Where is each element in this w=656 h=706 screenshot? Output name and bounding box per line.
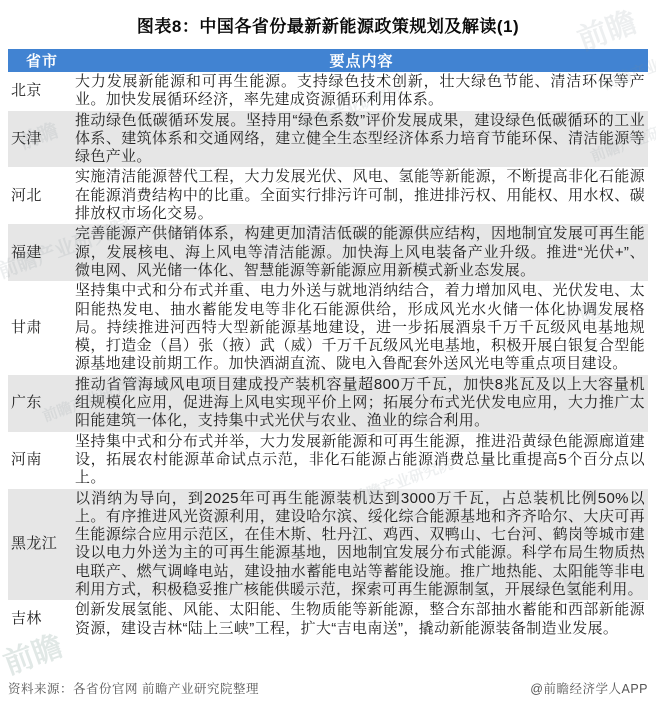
policy-table: 省市 要点内容 北京 大力发展新能源和可再生能源。支持绿色技术创新，壮大绿色节能… bbox=[8, 49, 648, 639]
table-header-row: 省市 要点内容 bbox=[8, 49, 648, 72]
table-row: 天津 推动绿色低碳循环发展。坚持用“绿色系数”评价发展成果，建设绿色低碳循环的工… bbox=[8, 111, 648, 168]
content-cell: 推动省管海域风电项目建成投产装机容量超800万千瓦，加快8兆瓦及以上大容量机组规… bbox=[75, 375, 648, 432]
table-row: 吉林 创新发展氢能、风能、太阳能、生物质能等新能源，整合东部抽水蓄能和西部新能源… bbox=[8, 600, 648, 639]
content-cell: 完善能源产供储销体系，构建更加清洁低碳的能源供应结构，因地制宜发展可再生能源，发… bbox=[75, 224, 648, 281]
province-cell: 福建 bbox=[8, 224, 75, 281]
province-cell: 吉林 bbox=[8, 600, 75, 639]
table-row: 广东 推动省管海域风电项目建成投产装机容量超800万千瓦，加快8兆瓦及以上大容量… bbox=[8, 375, 648, 432]
province-cell: 黑龙江 bbox=[8, 489, 75, 601]
content-cell: 以消纳为导向，到2025年可再生能源装机达到3000万千瓦，占总装机比例50%以… bbox=[75, 489, 648, 601]
header-cell-content: 要点内容 bbox=[75, 49, 648, 72]
table-row: 甘肃 坚持集中式和分布式并重、电力外送与就地消纳结合，着力增加风电、光伏发电、太… bbox=[8, 281, 648, 374]
content-cell: 推动绿色低碳循环发展。坚持用“绿色系数”评价发展成果，建设绿色低碳循环的工业体系… bbox=[75, 111, 648, 168]
figure-footer: 资料来源：各省份官网 前瞻产业研究院整理 @前瞻经济学人APP bbox=[8, 679, 648, 697]
province-cell: 北京 bbox=[8, 72, 75, 111]
credit-note: @前瞻经济学人APP bbox=[530, 679, 648, 697]
report-figure-page: { "chart_data": { "type": "table", "titl… bbox=[0, 0, 656, 706]
table-row: 河北 实施清洁能源替代工程，大力发展光伏、风电、氢能等新能源，不断提高非化石能源… bbox=[8, 167, 648, 224]
province-cell: 河北 bbox=[8, 167, 75, 224]
province-cell: 河南 bbox=[8, 432, 75, 489]
content-cell: 坚持集中式和分布式并重、电力外送与就地消纳结合，着力增加风电、光伏发电、太阳能热… bbox=[75, 281, 648, 374]
content-cell: 实施清洁能源替代工程，大力发展光伏、风电、氢能等新能源，不断提高非化石能源在能源… bbox=[75, 167, 648, 224]
content-cell: 大力发展新能源和可再生能源。支持绿色技术创新，壮大绿色节能、清洁环保等产业。加快… bbox=[75, 72, 648, 111]
table-row: 福建 完善能源产供储销体系，构建更加清洁低碳的能源供应结构，因地制宜发展可再生能… bbox=[8, 224, 648, 281]
header-cell-province: 省市 bbox=[8, 49, 75, 72]
province-cell: 甘肃 bbox=[8, 281, 75, 374]
province-cell: 广东 bbox=[8, 375, 75, 432]
table-row: 北京 大力发展新能源和可再生能源。支持绿色技术创新，壮大绿色节能、清洁环保等产业… bbox=[8, 72, 648, 111]
figure-title: 图表8：中国各省份最新新能源政策规划及解读(1) bbox=[0, 0, 656, 37]
province-cell: 天津 bbox=[8, 111, 75, 168]
source-note: 资料来源：各省份官网 前瞻产业研究院整理 bbox=[8, 679, 259, 697]
table-row: 黑龙江 以消纳为导向，到2025年可再生能源装机达到3000万千瓦，占总装机比例… bbox=[8, 489, 648, 601]
content-cell: 创新发展氢能、风能、太阳能、生物质能等新能源，整合东部抽水蓄能和西部新能源资源，… bbox=[75, 600, 648, 639]
content-cell: 坚持集中式和分布式并举，大力发展新能源和可再生能源，推进沿黄绿色能源廊道建设，拓… bbox=[75, 432, 648, 489]
table-row: 河南 坚持集中式和分布式并举，大力发展新能源和可再生能源，推进沿黄绿色能源廊道建… bbox=[8, 432, 648, 489]
